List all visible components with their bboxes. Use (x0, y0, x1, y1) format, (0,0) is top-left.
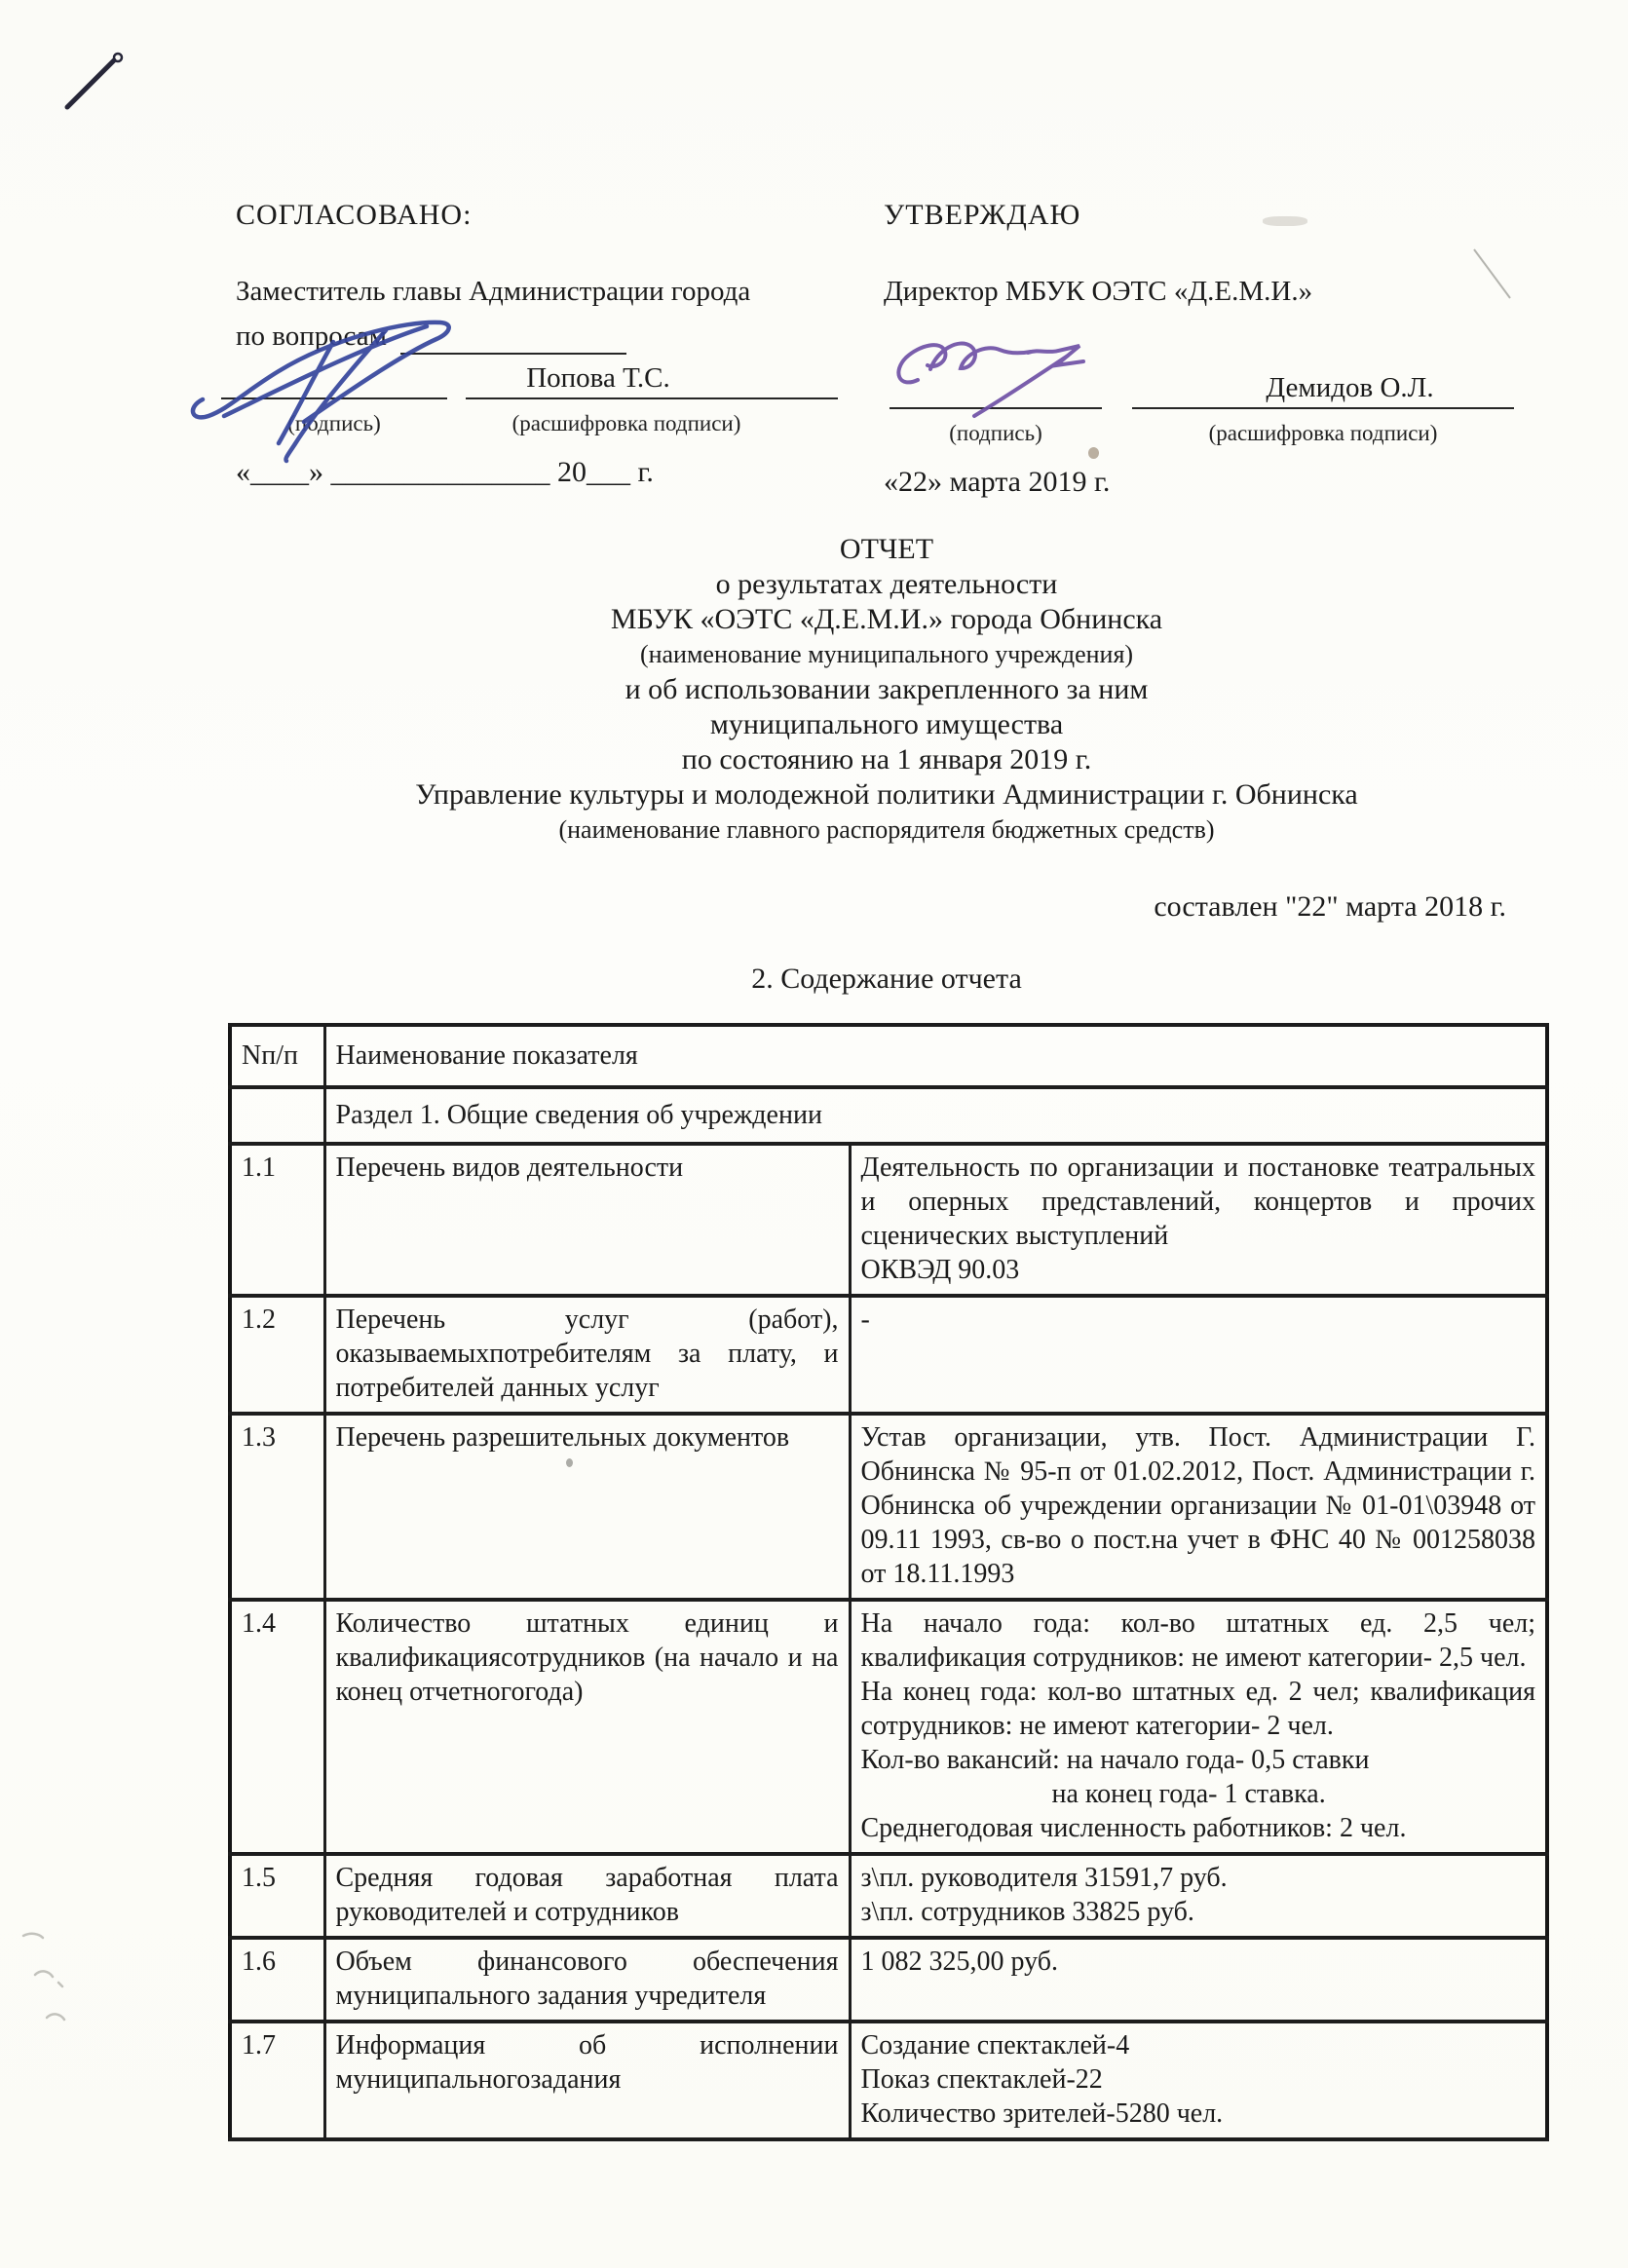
table-header-row: Nп/п Наименование показателя (230, 1025, 1547, 1087)
row-name: Количество штатных единиц и квалификация… (324, 1600, 850, 1854)
approval-right-heading: УТВЕРЖДАЮ (884, 197, 1538, 234)
row-value: На начало года: кол-во штатных ед. 2,5 ч… (850, 1600, 1547, 1854)
section-heading: 2. Содержание отчета (228, 963, 1545, 996)
table-row: 1.4 Количество штатных единиц и квалифик… (230, 1600, 1547, 1854)
row-name: Перечень услуг (работ), оказываемыхпотре… (324, 1296, 850, 1414)
row-number: 1.6 (230, 1938, 324, 2022)
approval-left-caption-signature: (подпись) (221, 405, 447, 442)
table-row: 1.5 Средняя годовая заработная плата рук… (230, 1854, 1547, 1938)
approval-left-signature-line (221, 397, 447, 399)
section-cell-title: Раздел 1. Общие сведения об учреждении (324, 1087, 1547, 1144)
approval-right-name-line: Демидов О.Л. (1132, 368, 1514, 409)
approval-left-caption-name: (расшифровка подписи) (440, 405, 813, 442)
approval-left-role-line2-row: по вопросам (236, 318, 781, 355)
report-subtitle: о результатах деятельности (228, 567, 1545, 602)
row-value: - (850, 1296, 1547, 1414)
approval-right-captions: (подпись) (расшифровка подписи) (884, 415, 1538, 446)
pen-stroke-mark (54, 39, 141, 127)
approval-right-signature-row: Демидов О.Л. (884, 370, 1538, 415)
table-row: 1.2 Перечень услуг (работ), оказываемыхп… (230, 1296, 1547, 1414)
row-name: Перечень разрешительных документов (324, 1414, 850, 1600)
pencil-margin-marks (10, 1924, 88, 2041)
row-number: 1.7 (230, 2022, 324, 2139)
report-table: Nп/п Наименование показателя Раздел 1. О… (228, 1023, 1549, 2141)
row-value: Создание спектаклей-4 Показ спектаклей-2… (850, 2022, 1547, 2139)
department-caption: (наименование главного распорядителя бюд… (228, 813, 1545, 848)
approval-right-caption-signature: (подпись) (890, 415, 1102, 452)
as-of-date-line: по состоянию на 1 января 2019 г. (228, 742, 1545, 777)
row-name: Перечень видов деятельности (324, 1144, 850, 1296)
title-block: ОТЧЕТ о результатах деятельности МБУК «О… (228, 532, 1545, 848)
table-row: 1.3 Перечень разрешительных документов У… (230, 1414, 1547, 1600)
approval-left-role-line1: Заместитель главы Администрации города (236, 273, 781, 310)
organization-name: МБУК «ОЭТС «Д.Е.М.И.» города Обнинска (228, 602, 1545, 637)
table-row: 1.6 Объем финансового обеспечения муници… (230, 1938, 1547, 2022)
approval-right-caption-name: (расшифровка подписи) (1132, 415, 1514, 452)
section-cell-number (230, 1087, 324, 1144)
approval-left-date-line: «____» _______________ 20___ г. (236, 454, 781, 491)
department-name: Управление культуры и молодежной политик… (228, 777, 1545, 813)
header-cell-number: Nп/п (230, 1025, 324, 1087)
row-value: Устав организации, утв. Пост. Администра… (850, 1414, 1547, 1600)
scanned-report-page: СОГЛАСОВАНО: Заместитель главы Администр… (0, 0, 1628, 2268)
row-value: з\пл. руководителя 31591,7 руб. з\пл. со… (850, 1854, 1547, 1938)
property-line2: муниципального имущества (228, 707, 1545, 742)
organization-caption: (наименование муниципального учреждения) (228, 637, 1545, 672)
row-number: 1.2 (230, 1296, 324, 1414)
composed-date-line: составлен "22" марта 2018 г. (228, 890, 1506, 924)
approval-left-role-line2: по вопросам (236, 318, 387, 355)
table-row: 1.1 Перечень видов деятельности Деятельн… (230, 1144, 1547, 1296)
header-cell-name: Наименование показателя (324, 1025, 1547, 1087)
table-row: 1.7 Информация об исполнении муниципальн… (230, 2022, 1547, 2139)
row-number: 1.4 (230, 1600, 324, 1854)
row-number: 1.5 (230, 1854, 324, 1938)
row-number: 1.1 (230, 1144, 324, 1296)
row-value: 1 082 325,00 руб. (850, 1938, 1547, 2022)
report-title: ОТЧЕТ (228, 532, 1545, 567)
approval-left-captions: (подпись) (расшифровка подписи) (236, 405, 781, 436)
approval-right-role-line1: Директор МБУК ОЭТС «Д.Е.М.И.» (884, 273, 1538, 310)
approval-right-signature-line (890, 407, 1102, 409)
row-name: Информация об исполнении муниципальногоз… (324, 2022, 850, 2139)
approval-left-name-line: Попова Т.С. (466, 359, 838, 399)
approval-left-signature-row: Попова Т.С. (236, 360, 781, 405)
approval-left-rule-after-role (400, 320, 626, 355)
approval-left-heading: СОГЛАСОВАНО: (236, 197, 781, 234)
approval-right-date-line: «22» марта 2019 г. (884, 464, 1538, 501)
property-line1: и об использовании закрепленного за ним (228, 672, 1545, 707)
approval-block-left: СОГЛАСОВАНО: Заместитель главы Администр… (236, 197, 781, 491)
table-section-row: Раздел 1. Общие сведения об учреждении (230, 1087, 1547, 1144)
row-name: Объем финансового обеспечения муниципаль… (324, 1938, 850, 2022)
row-value: Деятельность по организации и постановке… (850, 1144, 1547, 1296)
approval-block-right: УТВЕРЖДАЮ Директор МБУК ОЭТС «Д.Е.М.И.» … (884, 197, 1538, 501)
row-name: Средняя годовая заработная плата руковод… (324, 1854, 850, 1938)
row-number: 1.3 (230, 1414, 324, 1600)
